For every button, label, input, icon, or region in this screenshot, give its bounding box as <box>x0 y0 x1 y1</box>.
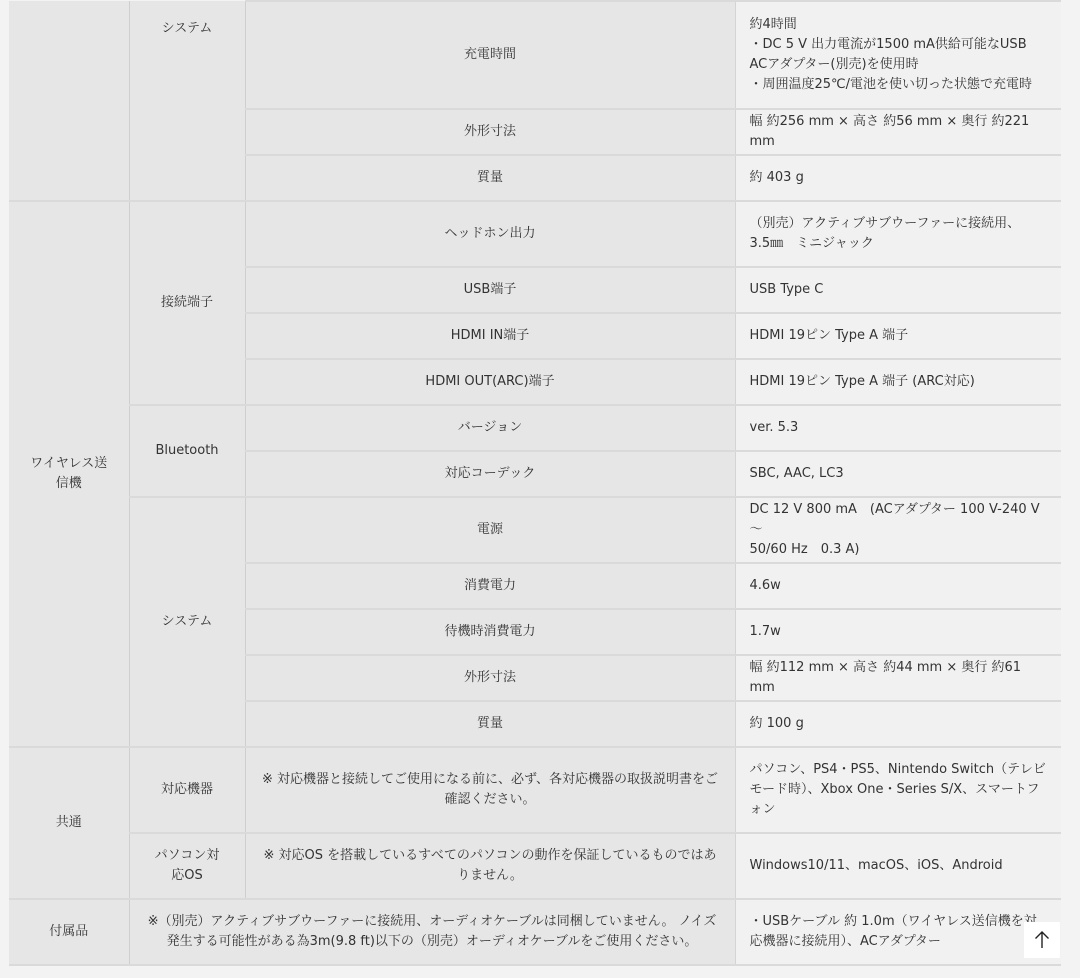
table-row: 付属品 ※（別売）アクティブサブウーファーに接続用、オーディオケーブルは同梱して… <box>9 899 1061 965</box>
value-cell: DC 12 V 800 mA (ACアダプター 100 V-240 V ～ 50… <box>735 497 1061 563</box>
label-cell: ヘッドホン出力 <box>245 201 735 267</box>
table-row: Bluetooth バージョン ver. 5.3 <box>9 405 1061 451</box>
value-cell: パソコン、PS4・PS5、Nintendo Switch（テレビモード時）、Xb… <box>735 747 1061 833</box>
label-cell: 消費電力 <box>245 563 735 609</box>
section-cell-previous <box>9 1 129 201</box>
value-cell: Windows10/11、macOS、iOS、Android <box>735 833 1061 899</box>
value-cell: 幅 約112 mm × 高さ 約44 mm × 奥行 約61 mm <box>735 655 1061 701</box>
label-cell: 質量 <box>245 155 735 201</box>
note-cell: ※ 対応OS を搭載しているすべてのパソコンの動作を保証しているものではありませ… <box>245 833 735 899</box>
value-line: （別売）アクティブサブウーファーに接続用、 <box>750 214 1048 234</box>
group-cell-system: システム <box>129 497 245 747</box>
section-cell-transmitter: ワイヤレス送信機 <box>9 201 129 747</box>
value-cell: 約 403 g <box>735 155 1061 201</box>
value-cell: 1.7w <box>735 609 1061 655</box>
group-cell-ports: 接続端子 <box>129 201 245 405</box>
label-cell: HDMI OUT(ARC)端子 <box>245 359 735 405</box>
value-cell: ver. 5.3 <box>735 405 1061 451</box>
value-cell: HDMI 19ピン Type A 端子 <box>735 313 1061 359</box>
spec-table-container: システム 充電時間 約4時間 ・DC 5 V 出力電流が1500 mA供給可能な… <box>9 0 1061 966</box>
value-line: ・DC 5 V 出力電流が1500 mA供給可能なUSB ACアダプター(別売)… <box>750 35 1048 75</box>
note-cell: ※（別売）アクティブサブウーファーに接続用、オーディオケーブルは同梱していません… <box>129 899 735 965</box>
value-cell: （別売）アクティブサブウーファーに接続用、 3.5㎜ ミニジャック <box>735 201 1061 267</box>
section-cell-accessories: 付属品 <box>9 899 129 965</box>
label-cell: 充電時間 <box>245 1 735 109</box>
label-cell: 電源 <box>245 497 735 563</box>
value-cell: 4.6w <box>735 563 1061 609</box>
table-row: パソコン対応OS ※ 対応OS を搭載しているすべてのパソコンの動作を保証してい… <box>9 833 1061 899</box>
label-cell: 待機時消費電力 <box>245 609 735 655</box>
scroll-to-top-button[interactable] <box>1024 922 1060 958</box>
label-cell: USB端子 <box>245 267 735 313</box>
label-cell: HDMI IN端子 <box>245 313 735 359</box>
note-cell: ※ 対応機器と接続してご使用になる前に、必ず、各対応機器の取扱説明書をご確認くだ… <box>245 747 735 833</box>
label-cell: 外形寸法 <box>245 655 735 701</box>
group-cell-compatible-os: パソコン対応OS <box>129 833 245 899</box>
value-line: 3.5㎜ ミニジャック <box>750 234 1048 254</box>
label-cell: 外形寸法 <box>245 109 735 155</box>
label-cell: 質量 <box>245 701 735 747</box>
spec-table: システム 充電時間 約4時間 ・DC 5 V 出力電流が1500 mA供給可能な… <box>9 0 1061 966</box>
value-cell: SBC, AAC, LC3 <box>735 451 1061 497</box>
value-line: 約4時間 <box>750 15 1048 35</box>
value-line: 50/60 Hz 0.3 A) <box>750 540 1048 560</box>
value-line: DC 12 V 800 mA (ACアダプター 100 V-240 V ～ <box>750 500 1048 540</box>
value-cell: 幅 約256 mm × 高さ 約56 mm × 奥行 約221 mm <box>735 109 1061 155</box>
value-cell: 約 100 g <box>735 701 1061 747</box>
table-row: システム 充電時間 約4時間 ・DC 5 V 出力電流が1500 mA供給可能な… <box>9 1 1061 109</box>
value-cell: HDMI 19ピン Type A 端子 (ARC対応) <box>735 359 1061 405</box>
value-cell: USB Type C <box>735 267 1061 313</box>
value-line: ・周囲温度25℃/電池を使い切った状態で充電時 <box>750 75 1048 95</box>
label-cell: バージョン <box>245 405 735 451</box>
table-row: ワイヤレス送信機 接続端子 ヘッドホン出力 （別売）アクティブサブウーファーに接… <box>9 201 1061 267</box>
value-cell: 約4時間 ・DC 5 V 出力電流が1500 mA供給可能なUSB ACアダプタ… <box>735 1 1061 109</box>
table-row: 共通 対応機器 ※ 対応機器と接続してご使用になる前に、必ず、各対応機器の取扱説… <box>9 747 1061 833</box>
section-cell-common: 共通 <box>9 747 129 899</box>
value-cell: ・USBケーブル 約 1.0m（ワイヤレス送信機を対応機器に接続用）、ACアダプ… <box>735 899 1061 965</box>
arrow-up-icon <box>1034 931 1050 949</box>
group-cell-compatible-devices: 対応機器 <box>129 747 245 833</box>
group-cell-system: システム <box>129 1 245 201</box>
table-row: システム 電源 DC 12 V 800 mA (ACアダプター 100 V-24… <box>9 497 1061 563</box>
group-cell-bluetooth: Bluetooth <box>129 405 245 497</box>
label-cell: 対応コーデック <box>245 451 735 497</box>
